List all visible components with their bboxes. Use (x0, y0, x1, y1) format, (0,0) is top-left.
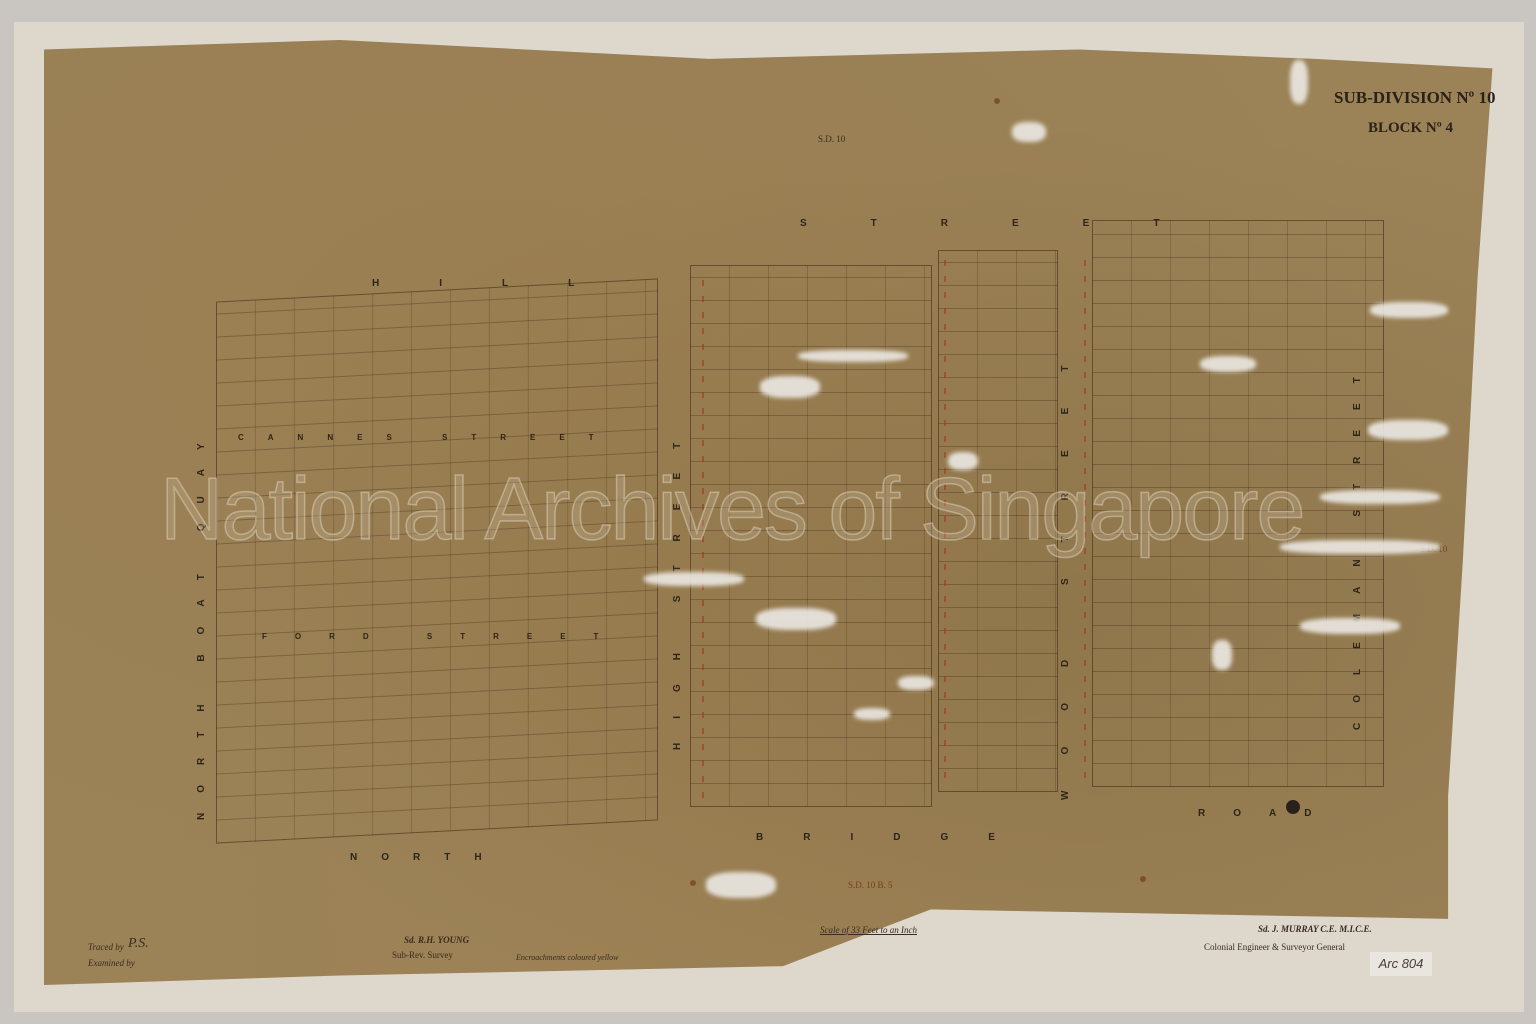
block-west (216, 278, 658, 843)
paper-damage (1300, 618, 1400, 634)
scale-label: Scale of 33 Feet to an Inch (820, 925, 917, 935)
paper-damage (1280, 540, 1440, 554)
paper-damage (760, 376, 820, 398)
subdivision-title: SUB-DIVISION Nº 10 (1334, 88, 1495, 108)
paper-damage (854, 708, 890, 720)
street-label-upper: STREET (800, 218, 1223, 229)
section-label-bottom: S.D. 10 B. 5 (848, 880, 893, 890)
paper-damage (1212, 640, 1232, 670)
paper-damage (1200, 356, 1256, 372)
left-signatory-title: Sub-Rev. Survey (392, 950, 453, 960)
ink-stain (1286, 800, 1300, 814)
block-title: BLOCK Nº 4 (1368, 120, 1453, 137)
canning-street-label: CANNES STREET (238, 433, 618, 442)
examined-by-label: Examined by (88, 958, 135, 968)
bridge-label: BRIDGE (756, 832, 1035, 843)
ford-street-label: FORD STREET (262, 632, 626, 641)
north-label: NORTH (350, 852, 506, 863)
paper-damage (1320, 490, 1440, 504)
road-label: ROAD (1198, 808, 1339, 819)
ink-stain (1140, 876, 1146, 882)
ink-stain (690, 880, 696, 886)
encroachment-note: Encroachments coloured yellow (516, 953, 619, 962)
traced-by-label: Traced by (88, 942, 124, 952)
right-signatory-title: Colonial Engineer & Surveyor General (1204, 942, 1345, 952)
left-signatory-name: Sd. R.H. YOUNG (404, 935, 469, 945)
paper-damage (798, 350, 908, 362)
section-label-top: S.D. 10 (818, 134, 845, 144)
paper-damage (1368, 420, 1448, 440)
right-signatory-name: Sd. J. MURRAY C.E. M.I.C.E. (1258, 924, 1372, 934)
archive-watermark: National Archives of Singapore (160, 458, 1303, 560)
paper-damage (756, 608, 836, 630)
paper-damage (898, 676, 934, 690)
paper-damage (706, 872, 776, 898)
initials: P.S. (128, 936, 149, 952)
north-boat-quay-label: NORTH BOAT QUAY (196, 350, 207, 820)
hill-street-label-a: HILL (372, 278, 634, 289)
ink-stain (994, 98, 1000, 104)
paper-damage (948, 452, 978, 470)
paper-damage (1370, 302, 1448, 318)
paper-damage (644, 572, 744, 586)
paper-damage (1290, 60, 1308, 104)
archive-reference-tag: Arc 804 (1370, 952, 1432, 976)
paper-damage (1012, 122, 1046, 142)
